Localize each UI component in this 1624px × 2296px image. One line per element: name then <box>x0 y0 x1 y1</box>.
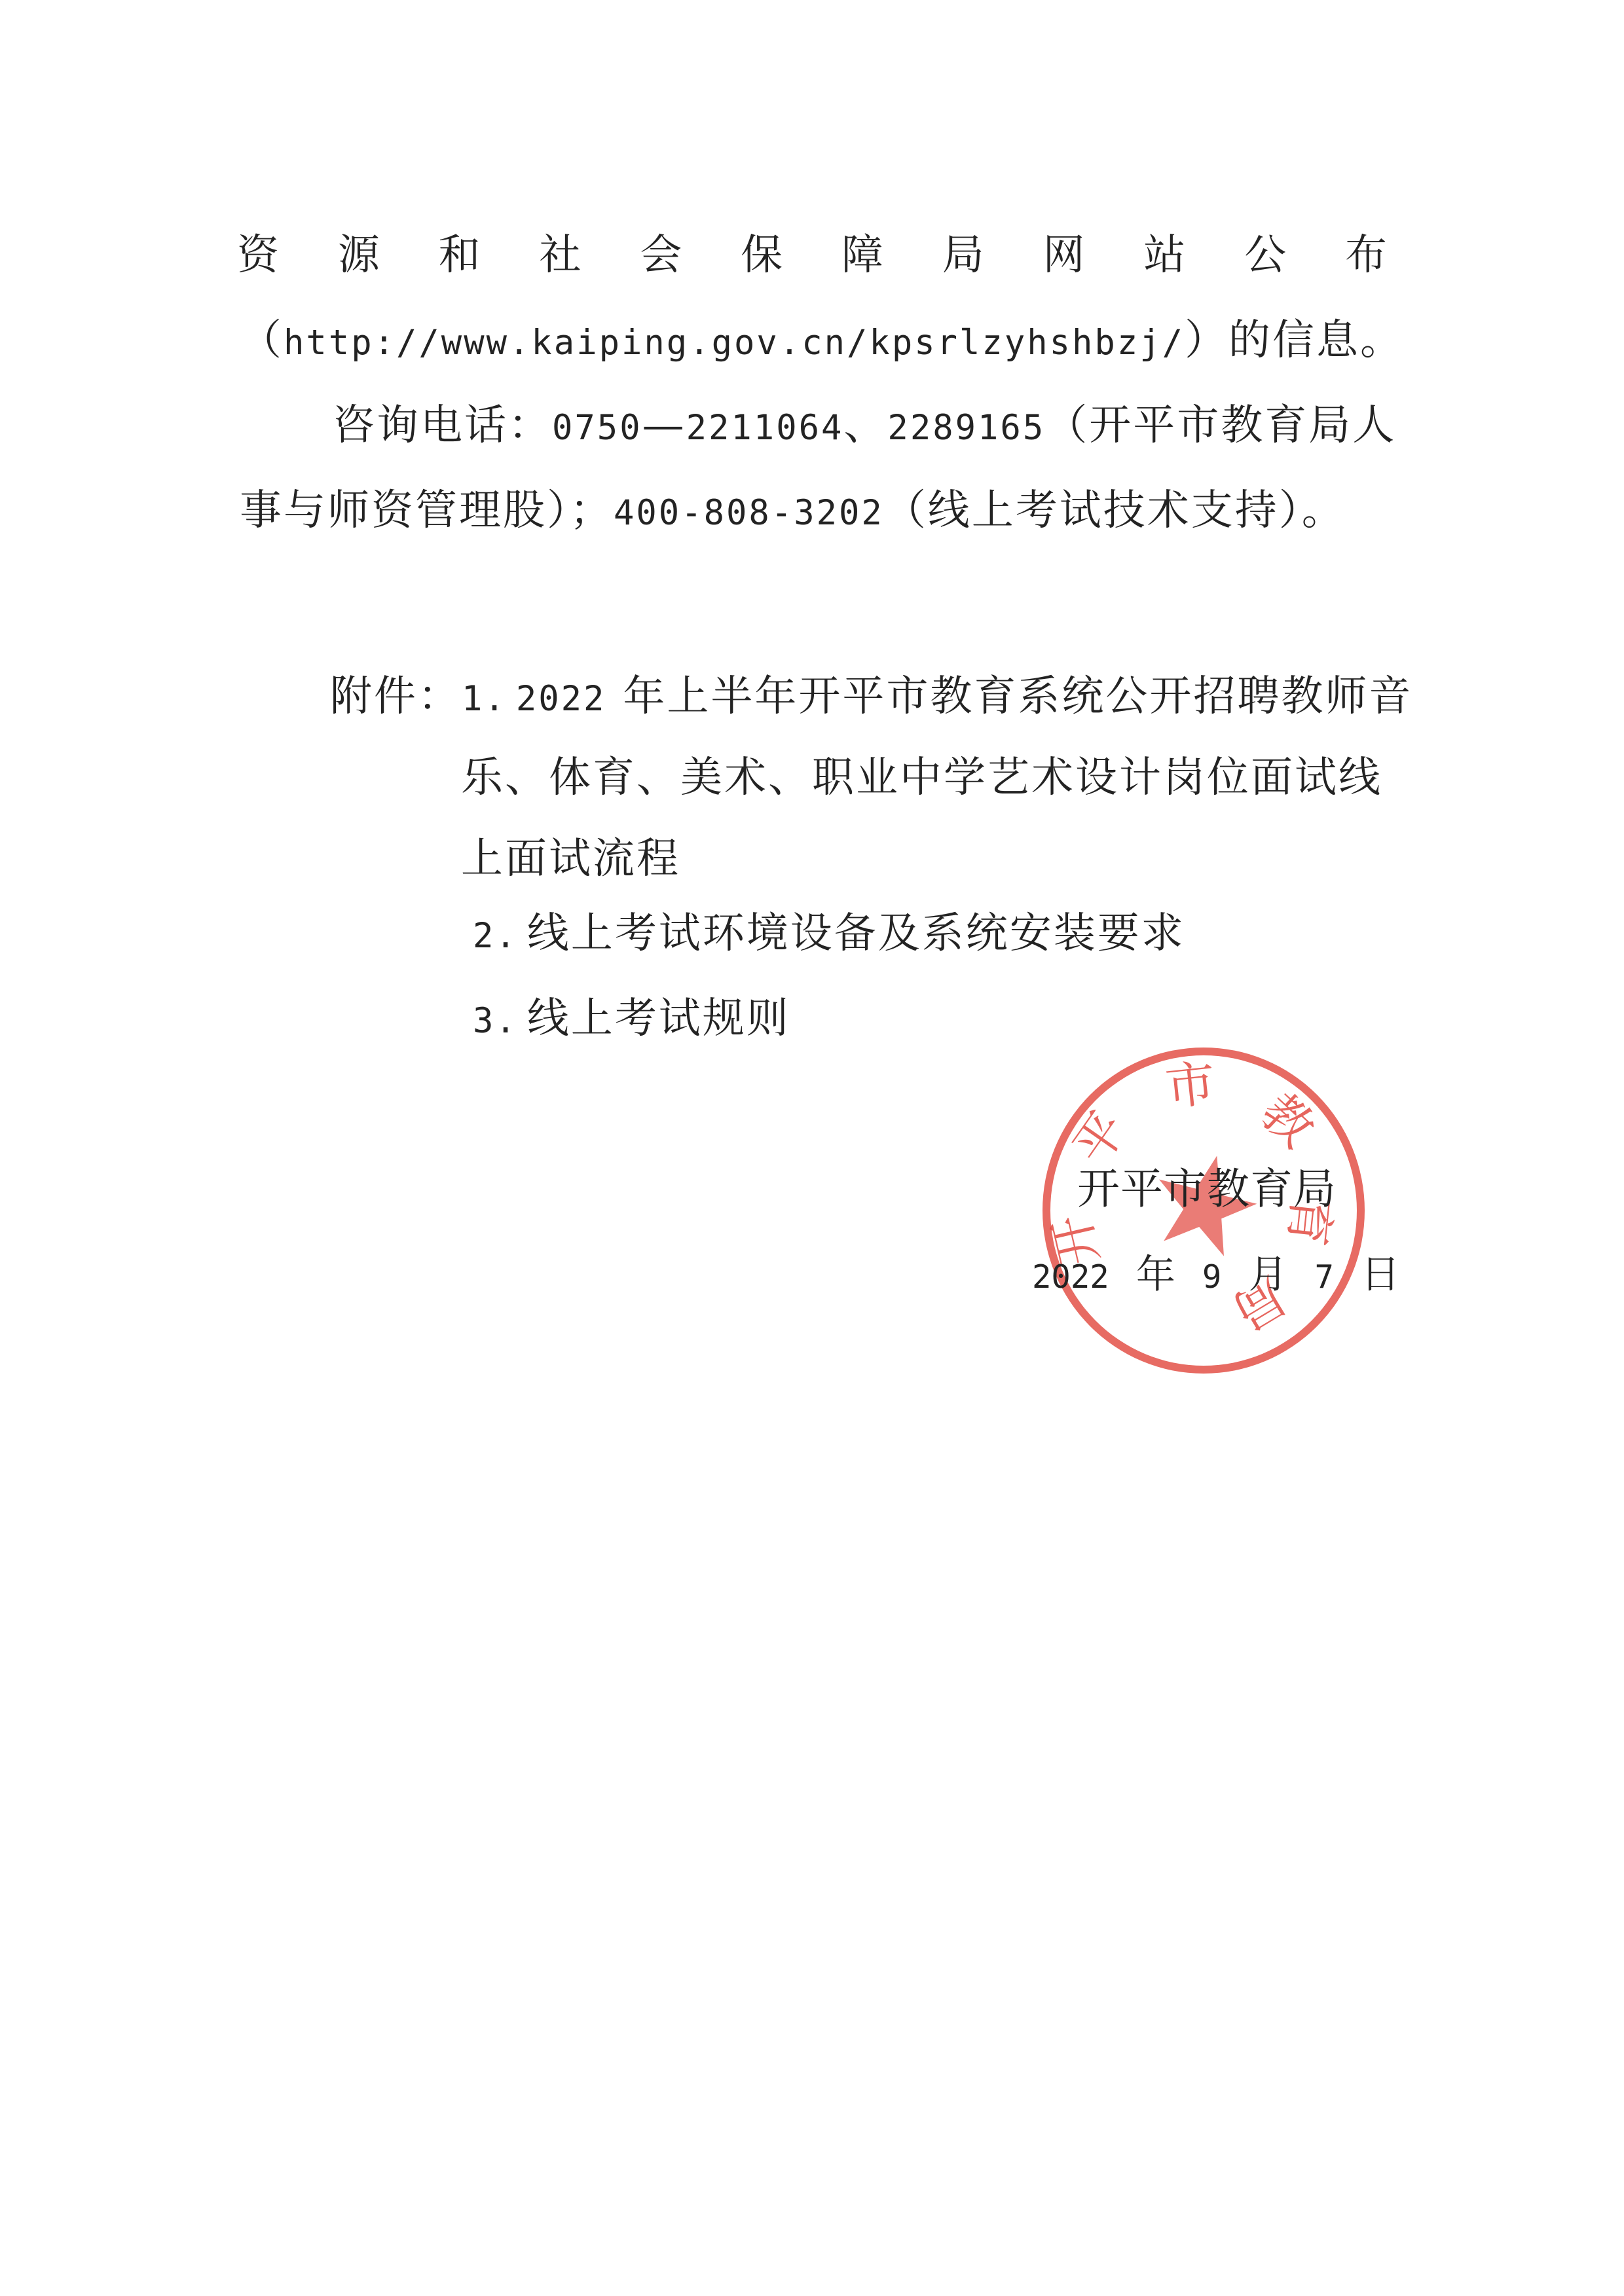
spread-char: 保 <box>741 232 783 279</box>
attachment-1-year: 2022 <box>516 680 606 719</box>
phone-number-2: 2289165 <box>887 409 1045 448</box>
contact-label: 咨询电话： <box>333 401 552 450</box>
attachment-2-title: 线上考试环境设备及系统安装要求 <box>527 909 1185 958</box>
date-month-label: 月 <box>1248 1253 1287 1296</box>
date-year-label: 年 <box>1136 1253 1175 1296</box>
body-line-contact-2: 事与师资管理股）；400-808-3202（线上考试技术支持）。 <box>240 487 1346 537</box>
website-suffix: ）的信息。 <box>1185 316 1404 365</box>
attachment-1-title: 年上半年开平市教育系统公开招聘教师音 <box>623 672 1412 721</box>
support-label: （线上考试技术支持）。 <box>884 486 1346 535</box>
support-hotline: 400-808-3202 <box>614 494 884 533</box>
spread-char: 源 <box>338 232 380 279</box>
spread-char: 局 <box>942 232 984 279</box>
phone-area-code: 0750 <box>552 409 642 448</box>
spread-char: 会 <box>640 232 682 279</box>
spread-char: 网 <box>1043 232 1085 279</box>
attachment-3-title: 线上考试规则 <box>527 994 790 1043</box>
document-page: 资 源 和 社 会 保 障 局 网 站 公 布 （http://www.kaip… <box>0 0 1624 2296</box>
open-paren: （ <box>240 316 284 365</box>
signature-date: 2022 年 9 月 7 日 <box>1032 1253 1400 1299</box>
phone-number-1: 2211064 <box>686 409 844 448</box>
spread-char: 站 <box>1143 232 1185 279</box>
seal-char: 市 <box>1163 1058 1218 1113</box>
attachment-1-number: 1. <box>462 680 507 719</box>
spread-char: 资 <box>237 232 279 279</box>
body-line-website: （http://www.kaiping.gov.cn/kpsrlzyhshbzj… <box>240 317 1404 367</box>
enumeration-comma: 、 <box>843 401 887 450</box>
spread-char: 公 <box>1244 232 1286 279</box>
date-day-label: 日 <box>1361 1253 1400 1296</box>
attachment-item-3: 3.线上考试规则 <box>473 995 790 1045</box>
spread-char: 障 <box>841 232 883 279</box>
contact-dept-cont: 事与师资管理股）； <box>240 486 614 535</box>
attachment-item-1-line-1: 附件：1.2022年上半年开平市教育系统公开招聘教师音 <box>330 673 1412 723</box>
website-url: http://www.kaiping.gov.cn/kpsrlzyhshbzj/ <box>284 323 1185 363</box>
attachment-2-number: 2. <box>473 917 518 956</box>
attachment-1-title-end: 上面试流程 <box>461 835 680 883</box>
date-day: 7 <box>1315 1256 1334 1299</box>
spread-char: 和 <box>439 232 481 279</box>
signatory-agency: 开平市教育局 <box>1077 1167 1337 1212</box>
attachment-item-2: 2.线上考试环境设备及系统安装要求 <box>473 910 1185 960</box>
dash: — <box>642 401 686 450</box>
spread-char: 社 <box>539 232 581 279</box>
attachment-label: 附件： <box>330 672 462 721</box>
attachment-1-title-cont: 乐、体育、美术、职业中学艺术设计岗位面试线 <box>461 754 1382 802</box>
attachment-3-number: 3. <box>473 1002 518 1041</box>
contact-dept-start: （开平市教育局人 <box>1045 401 1396 450</box>
spread-char: 布 <box>1345 232 1387 279</box>
body-line-contact-1: 咨询电话：0750—2211064、2289165（开平市教育局人 <box>333 402 1396 452</box>
attachment-item-1-line-3: 上面试流程 <box>461 835 680 883</box>
body-line-justified: 资 源 和 社 会 保 障 局 网 站 公 布 <box>237 232 1387 279</box>
date-month: 9 <box>1202 1256 1221 1299</box>
attachment-item-1-line-2: 乐、体育、美术、职业中学艺术设计岗位面试线 <box>461 754 1382 801</box>
date-year: 2022 <box>1032 1256 1109 1299</box>
